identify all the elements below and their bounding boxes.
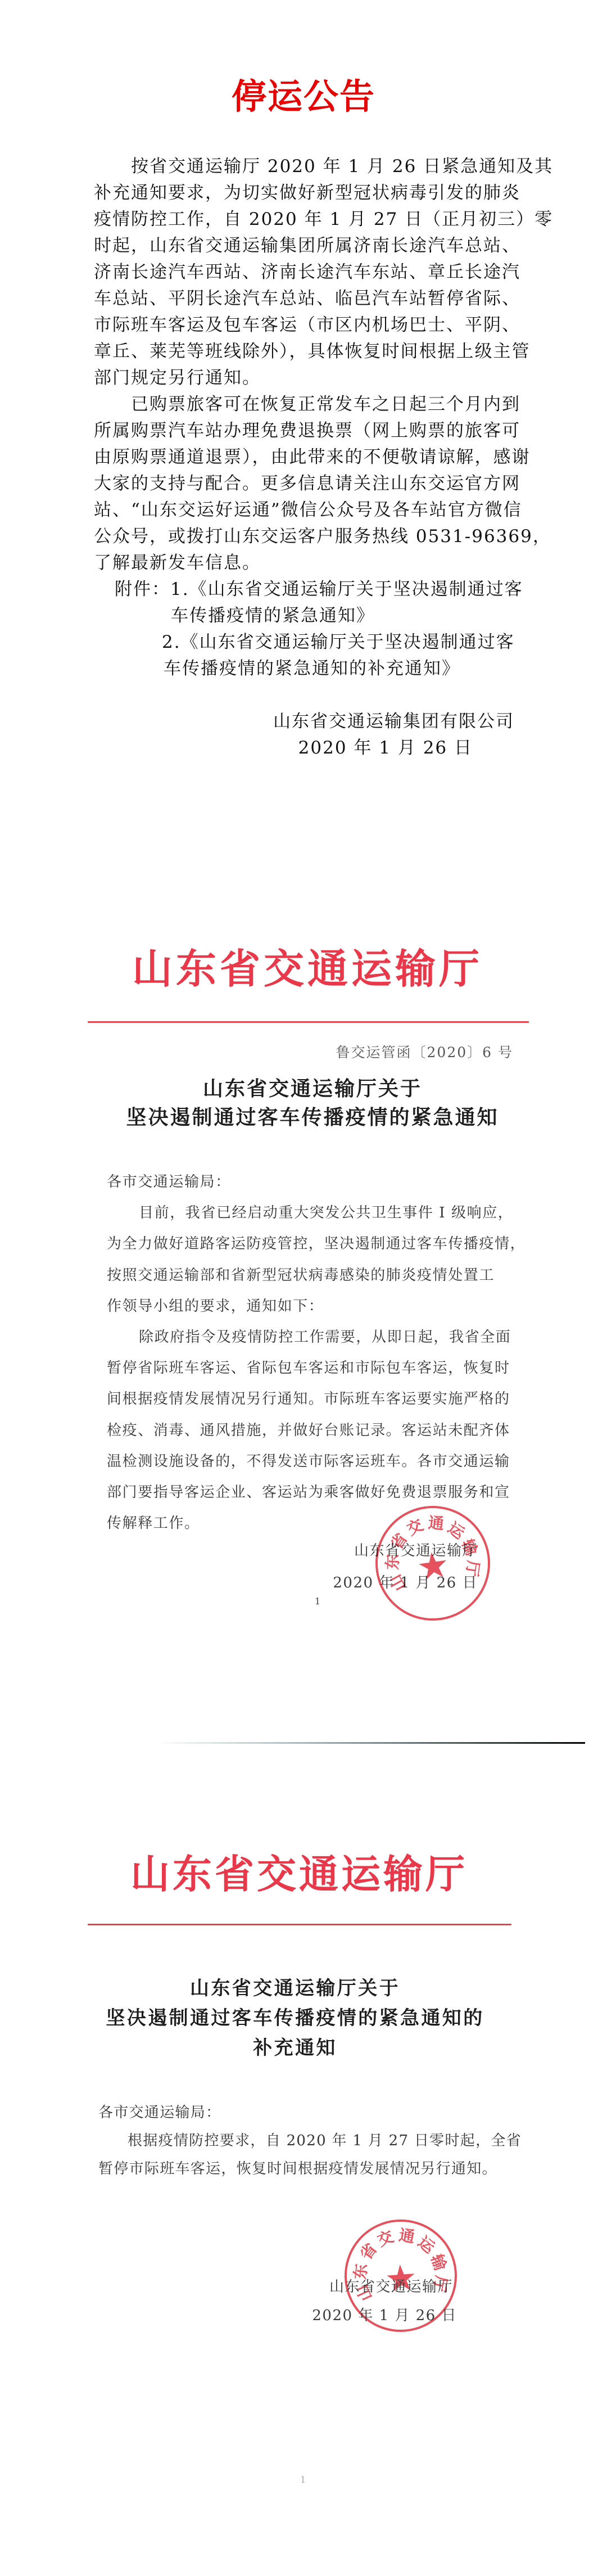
notice-line: 了解最新发车信息。: [94, 550, 521, 576]
notice-line: 大家的支持与配合。更多信息请关注山东交运官方网: [94, 471, 521, 497]
page-number: 1: [300, 2474, 306, 2485]
letterhead: 山东省交通运输厅: [130, 1852, 468, 1897]
document-line: 检疫、消毒、通风措施，并做好台账记录。客运站未配齐体: [107, 1415, 534, 1446]
document-line: 温检测设施设备的，不得发送市际客运班车。各市交通运输: [107, 1446, 534, 1477]
document-line: 除政府指令及疫情防控工作需要，从即日起，我省全面: [107, 1322, 534, 1353]
document-signature: 山东省交通运输厅: [329, 2277, 453, 2297]
seal-star-icon: [418, 1550, 449, 1580]
document-line: 按照交通运输部和省新型冠状病毒感染的肺炎疫情处置工: [107, 1260, 534, 1291]
document-date: 2020 年 1 月 26 日: [312, 2306, 457, 2326]
document-line: 部门要指导客运企业、客运站为乘客做好免费退票服务和宣: [107, 1477, 534, 1508]
attachment-number: 1.: [170, 579, 189, 599]
document-line: 为全力做好道路客运防疫管控，坚决遏制通过客车传播疫情，: [107, 1229, 534, 1260]
attachment-title: 《山东省交通运输厅关于坚决遏制通过客: [181, 632, 515, 652]
official-seal-icon: 山东省交通运输厅: [374, 1504, 492, 1622]
document-line: 暂停市际班车客运，恢复时间根据疫情发展情况另行通知。: [98, 2155, 526, 2183]
attachment-title-continued: 车传播疫情的紧急通知的补充通知》: [94, 656, 521, 682]
notice-line: 疫情防控工作，自 2020 年 1 月 27 日（正月初三）零: [94, 206, 521, 233]
attachment-item-1: 附件：1.《山东省交通运输厅关于坚决遏制通过客: [94, 576, 521, 603]
document-number: 鲁交运管函〔2020〕6 号: [336, 1044, 513, 1061]
notice-title: 停运公告: [0, 74, 607, 119]
document-title-line: 山东省交通运输厅关于: [0, 1075, 607, 1103]
attachment-item-2: 2.《山东省交通运输厅关于坚决遏制通过客: [94, 629, 521, 656]
document-title-line: 坚决遏制通过客车传播疫情的紧急通知的: [0, 2004, 590, 2033]
document-line: 间根据疫情发展情况另行通知。市际班车客运要实施严格的: [107, 1384, 534, 1415]
image-separator-line: [156, 1742, 585, 1744]
document-line: 暂停省际班车客运、省际包车客运和市际包车客运，恢复时: [107, 1353, 534, 1384]
notice-line: 公众号，或拨打山东交运客户服务热线 0531-96369，: [94, 524, 521, 550]
document-title-line: 补充通知: [0, 2033, 590, 2063]
notice-line: 市际班车客运及包车客运（市区内机场巴士、平阴、: [94, 312, 521, 339]
notice-line: 站、“山东交运好运通”微信公众号及各车站官方微信: [94, 497, 521, 524]
letterhead: 山东省交通运输厅: [132, 946, 483, 991]
document-title-line: 坚决遏制通过客车传播疫情的紧急通知: [0, 1103, 607, 1132]
document-line: 作领导小组的要求，通知如下：: [107, 1291, 534, 1322]
document-body: 各市交通运输局： 根据疫情防控要求，自 2020 年 1 月 27 日零时起，全…: [98, 2099, 526, 2183]
notice-line: 部门规定另行通知。: [94, 365, 521, 391]
document-title-line: 山东省交通运输厅关于: [0, 1974, 590, 2004]
document-body: 各市交通运输局： 目前，我省已经启动重大突发公共卫生事件 Ⅰ 级响应， 为全力做…: [107, 1167, 534, 1539]
salutation: 各市交通运输局：: [107, 1167, 534, 1198]
notice-date: 2020 年 1 月 26 日: [94, 735, 521, 761]
attachment-label: 附件：: [115, 579, 170, 599]
document-line: 目前，我省已经启动重大突发公共卫生事件 Ⅰ 级响应，: [107, 1198, 534, 1229]
notice-body: 按省交通运输厅 2020 年 1 月 26 日紧急通知及其 补充通知要求，为切实…: [94, 154, 521, 761]
document-line: 根据疫情防控要求，自 2020 年 1 月 27 日零时起，全省: [98, 2127, 526, 2155]
notice-line: 按省交通运输厅 2020 年 1 月 26 日紧急通知及其: [94, 154, 521, 180]
notice-line: 济南长途汽车西站、济南长途汽车东站、章丘长途汽: [94, 259, 521, 286]
spacer: [94, 682, 521, 709]
notice-line: 补充通知要求，为切实做好新型冠状病毒引发的肺炎: [94, 180, 521, 206]
attachment-title: 《山东省交通运输厅关于坚决遏制通过客: [189, 579, 523, 599]
letterhead-red-rule: [88, 1021, 529, 1023]
notice-line: 章丘、莱芜等班线除外），具体恢复时间根据上级主管: [94, 339, 521, 365]
notice-line: 由原购票通道退票），由此带来的不便敬请谅解，感谢: [94, 444, 521, 471]
notice-line: 所属购票汽车站办理免费退换票（网上购票的旅客可: [94, 418, 521, 444]
notice-line: 已购票旅客可在恢复正常发车之日起三个月内到: [94, 391, 521, 418]
notice-line: 车总站、平阴长途汽车总站、临邑汽车站暂停省际、: [94, 286, 521, 312]
salutation: 各市交通运输局：: [98, 2099, 526, 2127]
letterhead-red-rule: [88, 1924, 511, 1925]
attachment-number: 2.: [162, 632, 181, 652]
page-number: 1: [315, 1596, 320, 1607]
notice-line: 时起，山东省交通运输集团所属济南长途汽车总站、: [94, 233, 521, 259]
document-title: 山东省交通运输厅关于 坚决遏制通过客车传播疫情的紧急通知: [0, 1075, 607, 1132]
attachment-title-continued: 车传播疫情的紧急通知》: [94, 603, 521, 629]
notice-signature: 山东省交通运输集团有限公司: [94, 709, 521, 735]
document-title: 山东省交通运输厅关于 坚决遏制通过客车传播疫情的紧急通知的 补充通知: [0, 1974, 590, 2063]
